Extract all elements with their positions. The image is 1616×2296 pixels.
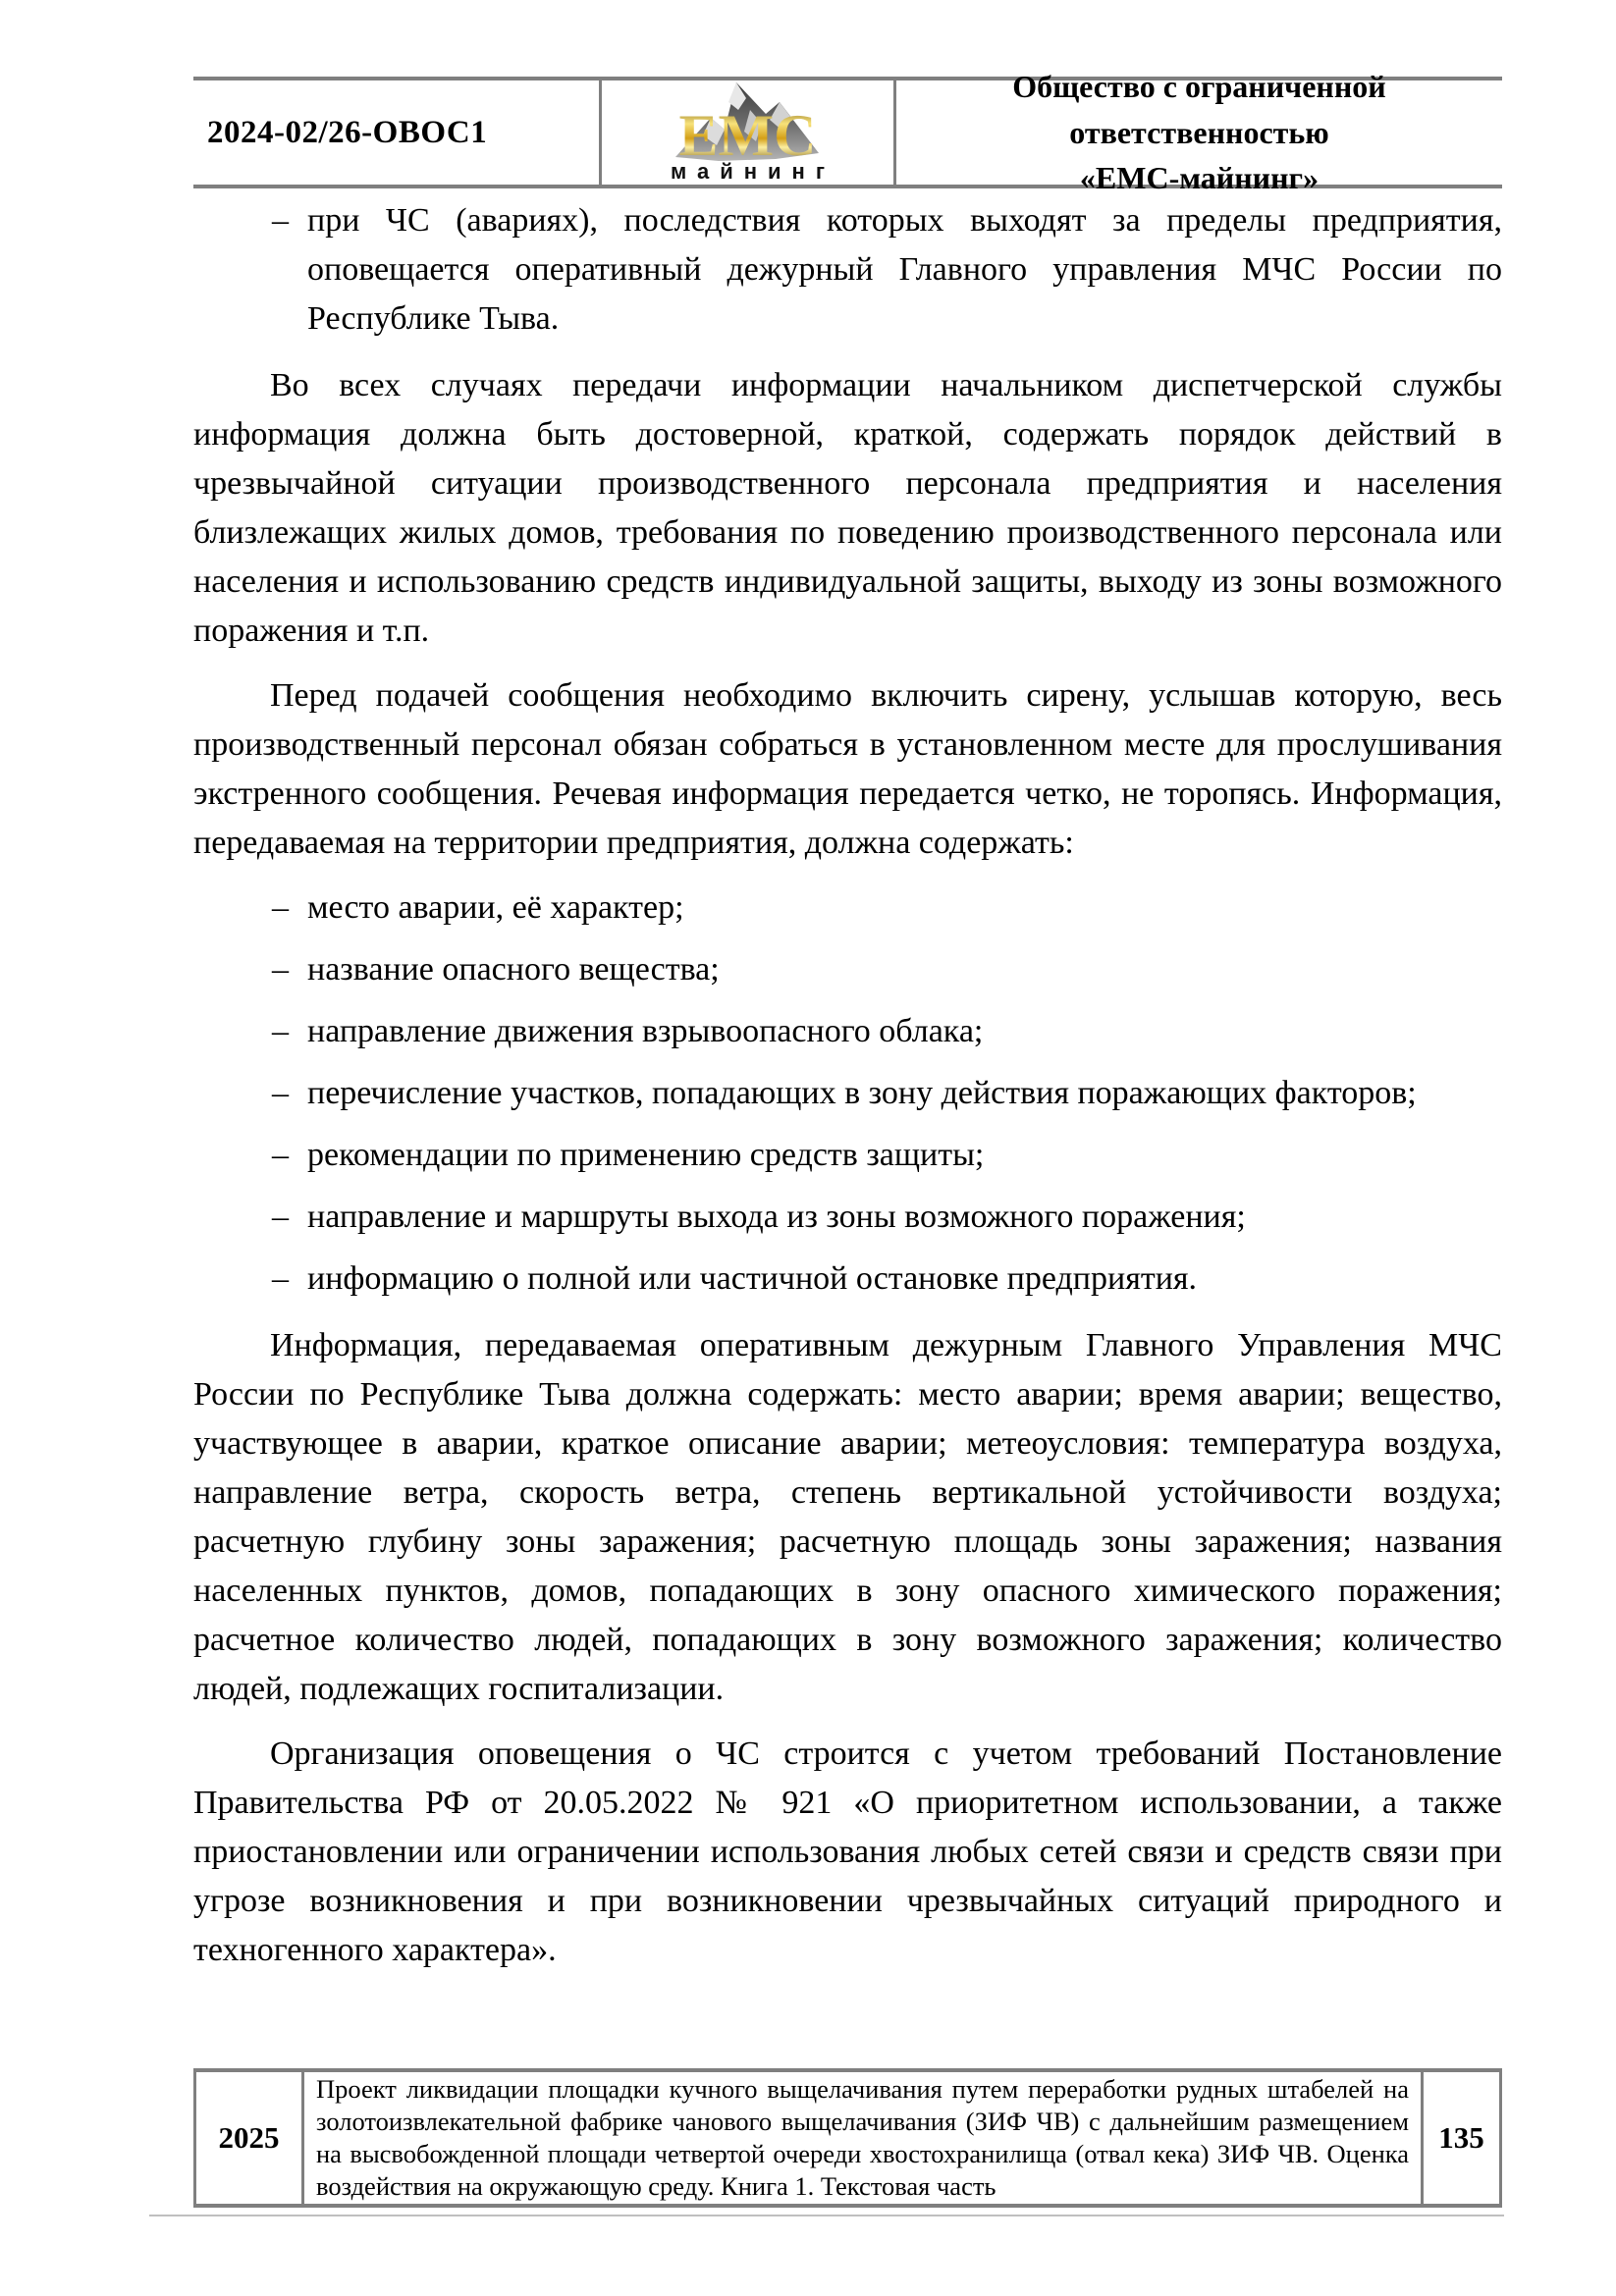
footer-project-title: Проект ликвидации площадки кучного выщел… <box>304 2072 1424 2204</box>
list-item-text: информацию о полной или частичной остано… <box>307 1260 1197 1297</box>
company-name-line1: Общество с ограниченной ответственностью <box>896 64 1502 155</box>
list-item: – место аварии, её характер; <box>193 883 1502 933</box>
paragraph: Организация оповещения о ЧС строится с у… <box>193 1730 1502 1975</box>
list-dash: – <box>272 1069 289 1118</box>
logo-mining-text: майнинг <box>635 159 861 185</box>
list-item-text: перечисление участков, попадающих в зону… <box>307 1075 1417 1111</box>
list-item: – рекомендации по применению средств защ… <box>193 1131 1502 1180</box>
list-item-text: место аварии, её характер; <box>307 889 684 926</box>
list-item: – название опасного вещества; <box>193 945 1502 994</box>
list-item-text: направление и маршруты выхода из зоны во… <box>307 1199 1246 1235</box>
paragraph: Информация, передаваемая оперативным деж… <box>193 1321 1502 1714</box>
list-dash: – <box>272 883 289 933</box>
document-body: – при ЧС (авариях), последствия которых … <box>193 196 1502 1991</box>
list-item: – информацию о полной или частичной оста… <box>193 1255 1502 1304</box>
list-item: – направление и маршруты выхода из зоны … <box>193 1193 1502 1242</box>
company-logo-cell: ЕМС майнинг <box>602 80 896 185</box>
list-dash: – <box>272 1007 289 1056</box>
list-item-text: название опасного вещества; <box>307 951 720 988</box>
footer-page-number: 135 <box>1424 2072 1499 2204</box>
list-dash: – <box>272 1193 289 1242</box>
scan-artifact-line <box>149 2215 1504 2216</box>
list-item: – направление движения взрывоопасного об… <box>193 1007 1502 1056</box>
list-item-text: рекомендации по применению средств защит… <box>307 1137 984 1173</box>
emc-mining-logo: ЕМС майнинг <box>635 80 861 185</box>
document-page: 2024-02/26-ОВОС1 <box>0 0 1616 2296</box>
list-dash: – <box>272 945 289 994</box>
list-item: – перечисление участков, попадающих в зо… <box>193 1069 1502 1118</box>
page-header: 2024-02/26-ОВОС1 <box>193 77 1502 188</box>
company-name: Общество с ограниченной ответственностью… <box>896 80 1502 185</box>
logo-emc-text: ЕМС <box>635 106 861 165</box>
paragraph: Перед подачей сообщения необходимо включ… <box>193 671 1502 868</box>
company-name-line2: «ЕМС-майнинг» <box>896 155 1502 200</box>
list-dash: – <box>272 1255 289 1304</box>
list-dash: – <box>272 196 289 245</box>
list-item: – при ЧС (авариях), последствия которых … <box>193 196 1502 344</box>
list-dash: – <box>272 1131 289 1180</box>
paragraph: Во всех случаях передачи информации нача… <box>193 361 1502 656</box>
list-item-text: направление движения взрывоопасного обла… <box>307 1013 983 1049</box>
page-footer: 2025 Проект ликвидации площадки кучного … <box>193 2068 1502 2208</box>
document-code: 2024-02/26-ОВОС1 <box>193 80 602 185</box>
footer-year: 2025 <box>196 2072 304 2204</box>
list-item-text: при ЧС (авариях), последствия которых вы… <box>307 202 1502 337</box>
